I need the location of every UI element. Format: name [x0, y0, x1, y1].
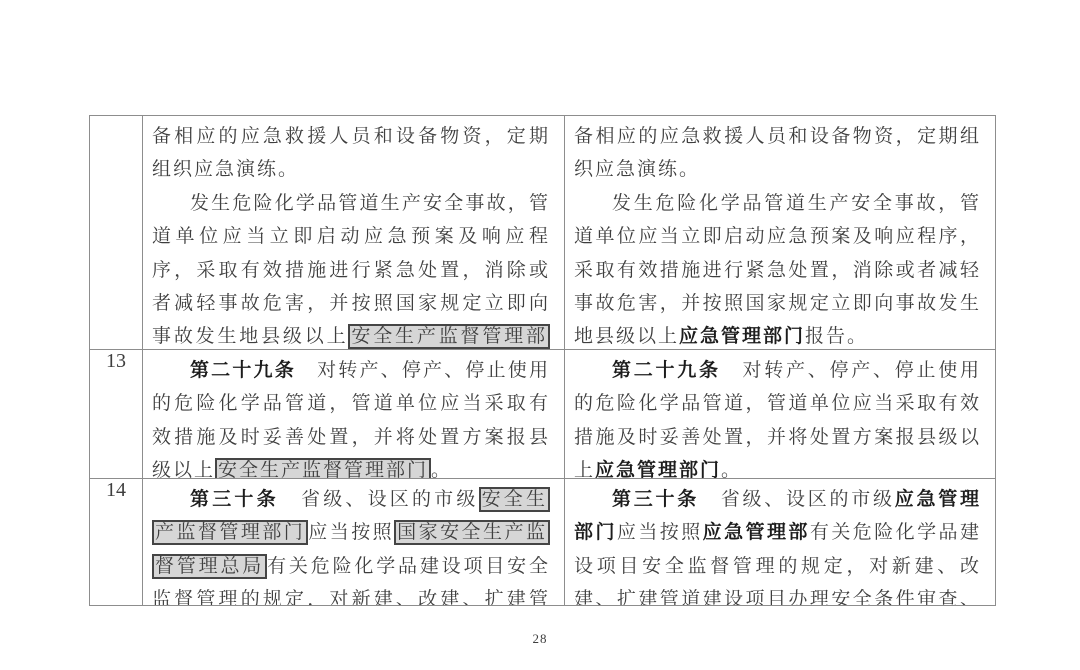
- text-segment: 报告。: [805, 326, 868, 347]
- new-text-content: 第三十条 省级、设区的市级应急管理部门应当按照应急管理部有关危险化学品建设项目安…: [565, 479, 995, 605]
- bold-term: 应急管理部门: [679, 326, 805, 347]
- document-page: 备相应的应急救援人员和设备物资，定期组织应急演练。发生危险化学品管道生产安全事故…: [0, 0, 1080, 670]
- text-segment: 应当按照: [308, 522, 394, 543]
- bold-term: 应急管理部: [703, 522, 810, 543]
- paragraph: 第三十条 省级、设区的市级应急管理部门应当按照应急管理部有关危险化学品建设项目安…: [574, 483, 981, 605]
- text-segment: 省级、设区的市级: [699, 489, 895, 510]
- bold-term: 应急管理部门: [595, 460, 721, 478]
- paragraph: 备相应的应急救援人员和设备物资，定期组织应急演练。: [574, 120, 981, 187]
- new-text-content: 备相应的应急救援人员和设备物资，定期组织应急演练。发生危险化学品管道生产安全事故…: [565, 116, 995, 349]
- old-text-cell: 备相应的应急救援人员和设备物资，定期组织应急演练。发生危险化学品管道生产安全事故…: [143, 116, 565, 350]
- new-text-cell: 第三十条 省级、设区的市级应急管理部门应当按照应急管理部有关危险化学品建设项目安…: [565, 479, 996, 606]
- paragraph: 发生危险化学品管道生产安全事故，管道单位应当立即启动应急预案及响应程序，采取有效…: [574, 187, 981, 349]
- paragraph: 备相应的应急救援人员和设备物资，定期组织应急演练。: [152, 120, 550, 187]
- old-text-content: 第二十九条 对转产、停产、停止使用的危险化学品管道，管道单位应当采取有效措施及时…: [143, 350, 564, 478]
- text-segment: 备相应的应急救援人员和设备物资，定期组织应急演练。: [574, 126, 981, 180]
- highlighted-term: 安全生产监督管理部门: [215, 458, 431, 478]
- new-text-content: 第二十九条 对转产、停产、停止使用的危险化学品管道，管道单位应当采取有效措施及时…: [565, 350, 995, 478]
- text-segment: 。: [431, 460, 452, 478]
- bold-term: 第二十九条: [612, 360, 721, 381]
- new-text-cell: 第二十九条 对转产、停产、停止使用的危险化学品管道，管道单位应当采取有效措施及时…: [565, 350, 996, 479]
- old-text-cell: 第三十条 省级、设区的市级安全生产监督管理部门应当按照国家安全生产监督管理总局有…: [143, 479, 565, 606]
- table-row: 备相应的应急救援人员和设备物资，定期组织应急演练。发生危险化学品管道生产安全事故…: [90, 116, 996, 350]
- old-text-cell: 第二十九条 对转产、停产、停止使用的危险化学品管道，管道单位应当采取有效措施及时…: [143, 350, 565, 479]
- row-number-cell: 13: [90, 350, 143, 479]
- row-number-cell: [90, 116, 143, 350]
- page-number: 28: [0, 631, 1080, 647]
- table-row: 14 第三十条 省级、设区的市级安全生产监督管理部门应当按照国家安全生产监督管理…: [90, 479, 996, 606]
- bold-term: 第二十九条: [190, 360, 296, 381]
- bold-term: 第三十条: [612, 489, 699, 510]
- text-segment: 备相应的应急救援人员和设备物资，定期组织应急演练。: [152, 126, 550, 180]
- paragraph: 第二十九条 对转产、停产、停止使用的危险化学品管道，管道单位应当采取有效措施及时…: [152, 354, 550, 478]
- new-text-cell: 备相应的应急救援人员和设备物资，定期组织应急演练。发生危险化学品管道生产安全事故…: [565, 116, 996, 350]
- text-segment: 省级、设区的市级: [279, 489, 479, 510]
- bold-term: 第三十条: [190, 489, 279, 510]
- row-number-cell: 14: [90, 479, 143, 606]
- table-row: 13 第二十九条 对转产、停产、停止使用的危险化学品管道，管道单位应当采取有效措…: [90, 350, 996, 479]
- paragraph: 第三十条 省级、设区的市级安全生产监督管理部门应当按照国家安全生产监督管理总局有…: [152, 483, 550, 605]
- paragraph: 发生危险化学品管道生产安全事故，管道单位应当立即启动应急预案及响应程序，采取有效…: [152, 187, 550, 349]
- old-text-content: 第三十条 省级、设区的市级安全生产监督管理部门应当按照国家安全生产监督管理总局有…: [143, 479, 564, 605]
- text-segment: 。: [721, 460, 742, 478]
- old-text-content: 备相应的应急救援人员和设备物资，定期组织应急演练。发生危险化学品管道生产安全事故…: [143, 116, 564, 349]
- text-segment: 应当按照: [617, 522, 703, 543]
- comparison-table: 备相应的应急救援人员和设备物资，定期组织应急演练。发生危险化学品管道生产安全事故…: [89, 115, 996, 606]
- paragraph: 第二十九条 对转产、停产、停止使用的危险化学品管道，管道单位应当采取有效措施及时…: [574, 354, 981, 478]
- text-segment: 发生危险化学品管道生产安全事故，管道单位应当立即启动应急预案及响应程序，采取有效…: [574, 193, 981, 348]
